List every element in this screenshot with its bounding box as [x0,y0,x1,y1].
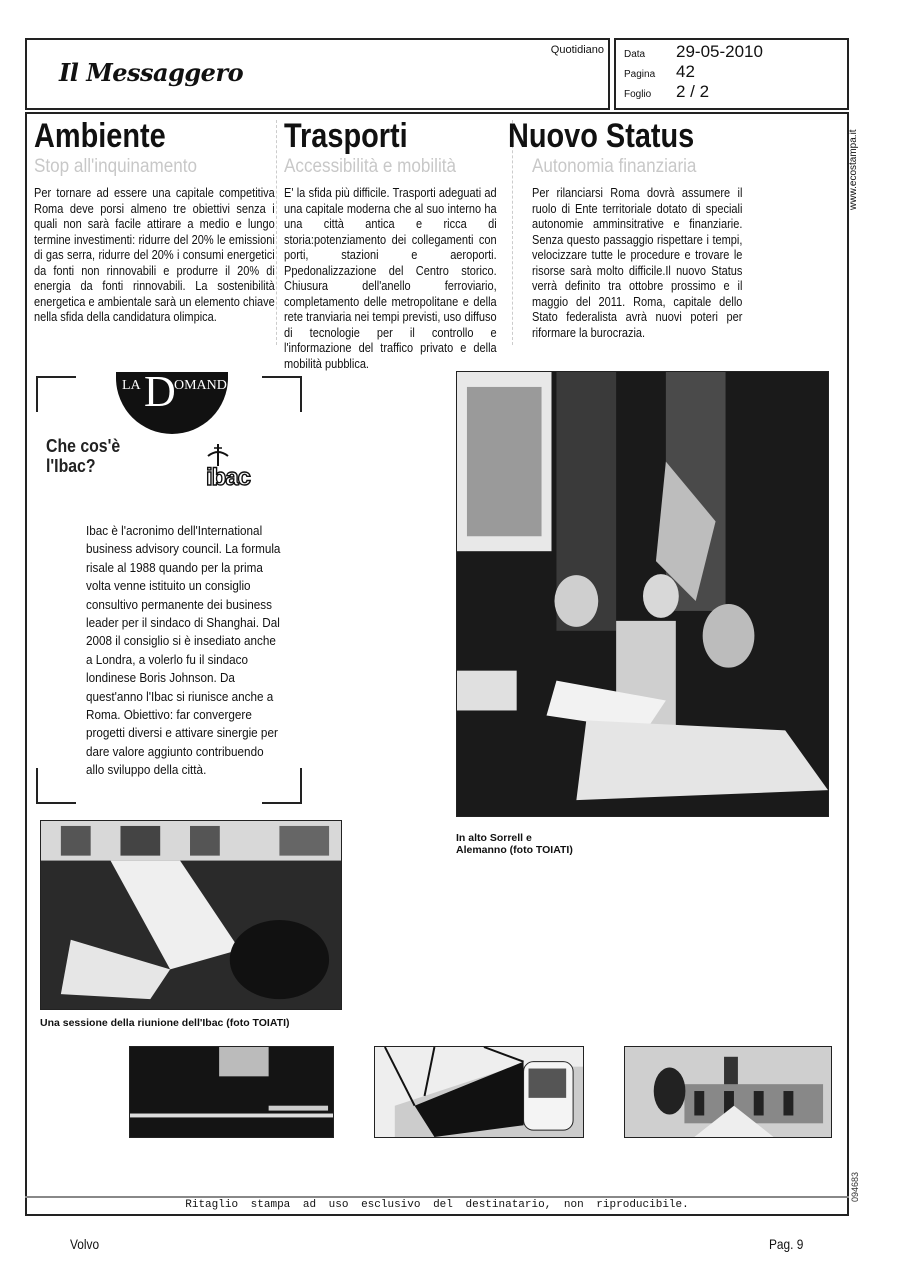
column-title: Trasporti [284,118,464,154]
page-number: Pag. 9 [769,1236,803,1252]
masthead-logo: Il Messaggero [59,58,243,87]
corner-bracket [36,768,76,804]
column-trasporti: Trasporti Accessibilità e mobilità E' la… [284,118,496,372]
publication-type: Quotidiano [551,44,604,56]
column-title: Nuovo Status [508,118,715,154]
la-domanda-badge: LA D OMANDA [116,372,228,434]
side-code: 094683 [848,1166,868,1206]
domanda-body: Ibac è l'acronimo dell'International bus… [86,522,284,780]
column-subtitle: Stop all'inquinamento [34,156,250,178]
meta-sheet: Foglio 2 / 2 [624,82,709,102]
header-meta-box: Data 29-05-2010 Pagina 42 Foglio 2 / 2 [614,38,849,110]
photo-session [40,820,342,1010]
corner-bracket [262,376,302,412]
photo-sorrell-alemanno [456,371,829,817]
column-body: Per rilanciarsi Roma dovrà assumere il r… [532,186,742,341]
main-photo-caption: In alto Sorrell e Alemanno (foto TOIATI) [456,832,576,856]
footer-notice: Ritaglio stampa ad uso esclusivo del des… [25,1199,849,1211]
column-subtitle: Autonomia finanziaria [532,156,730,178]
la-domanda-box: LA D OMANDA Che cos'è l'Ibac? ibac Ibac … [36,372,302,804]
footer-divider [25,1196,849,1198]
session-photo-caption: Una sessione della riunione dell'Ibac (f… [40,1017,360,1029]
campidoglio-photo [624,1046,832,1138]
column-divider [276,120,277,345]
ibac-logo: ibac [204,442,274,492]
tram-photo [374,1046,584,1138]
column-nuovo-status: Nuovo Status Autonomia finanziaria Per r… [508,118,752,341]
column-subtitle: Accessibilità e mobilità [284,156,475,178]
park-photo [129,1046,334,1138]
column-ambiente: Ambiente Stop all'inquinamento Per torna… [34,118,274,326]
header-masthead-box: Il Messaggero Quotidiano [25,38,610,110]
column-body: E' la sfida più difficile. Trasporti ade… [284,186,497,372]
page-owner: Volvo [70,1236,99,1252]
column-body: Per tornare ad essere una capitale compe… [34,186,275,326]
question-heading: Che cos'è l'Ibac? [46,436,134,476]
corner-bracket [36,376,76,412]
meta-page: Pagina 42 [624,62,695,82]
column-title: Ambiente [34,118,238,154]
meta-date: Data 29-05-2010 [624,42,763,62]
side-url: www.ecostampa.it [848,116,868,216]
